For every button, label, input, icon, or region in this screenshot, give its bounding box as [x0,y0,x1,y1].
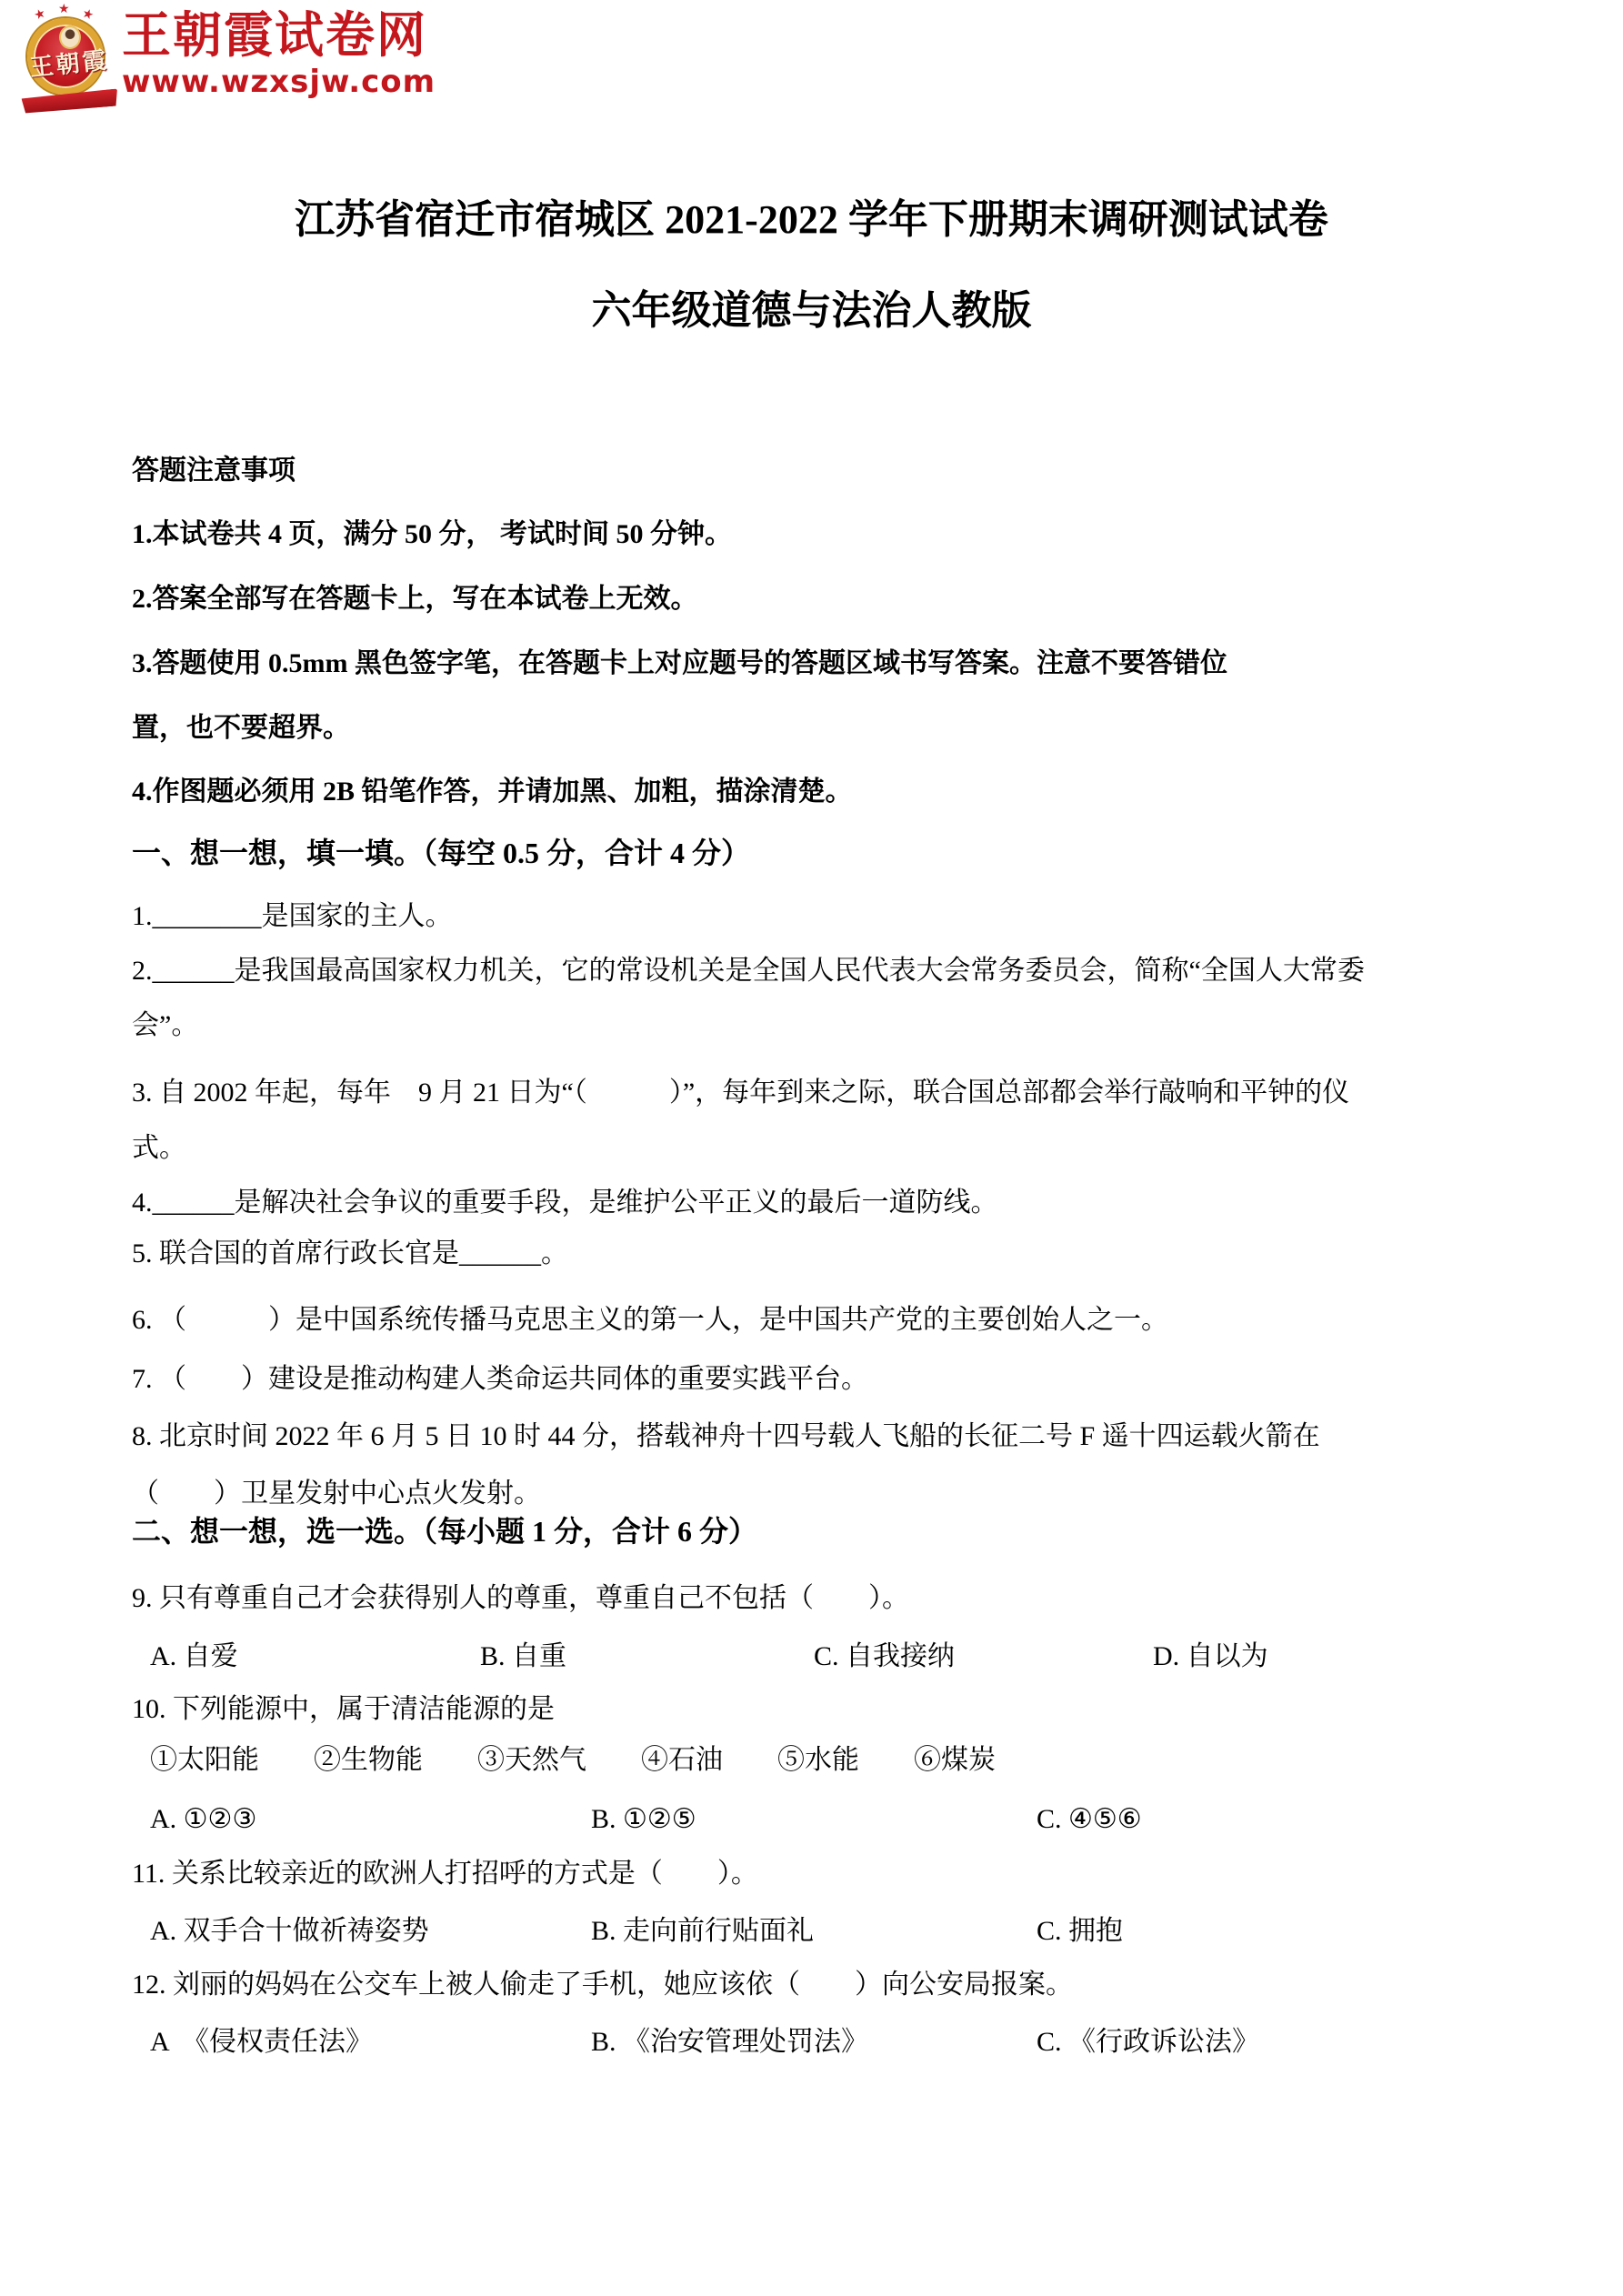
exam-paper-page: ★ ★ ★ 王朝霞 王朝霞试卷网 www.wzxsjw.com 江苏省宿迁市宿城… [0,0,1623,2296]
question-11-option-c: C. 拥抱 [1037,1911,1123,1951]
question-9: 9. 只有尊重自己才会获得别人的尊重，尊重自己不包括（ ）。 [132,1579,909,1619]
question-1: 1.________是国家的主人。 [132,897,453,937]
question-6: 6. （ ）是中国系统传播马克思主义的第一人，是中国共产党的主要创始人之一。 [132,1300,1168,1340]
question-8-line-2: （ ）卫星发射中心点火发射。 [132,1474,541,1514]
site-name: 王朝霞试卷网 [122,7,436,64]
exam-subtitle: 六年级道德与法治人教版 [0,287,1623,335]
question-11: 11. 关系比较亲近的欧洲人打招呼的方式是（ ）。 [132,1854,758,1894]
logo-text-block: 王朝霞试卷网 www.wzxsjw.com [122,7,436,100]
notice-item-4: 4.作图题必须用 2B 铅笔作答，并请加黑、加粗，描涂清楚。 [132,772,853,812]
question-11-option-b: B. 走向前行贴面礼 [591,1911,814,1951]
section-1-heading: 一、想一想，填一填。（每空 0.5 分，合计 4 分） [132,833,750,873]
badge-star-icon: ★ [58,4,70,16]
question-11-options: A. 双手合十做祈祷姿势 B. 走向前行贴面礼 C. 拥抱 [0,1911,1623,1951]
site-logo: ★ ★ ★ 王朝霞 王朝霞试卷网 www.wzxsjw.com [0,0,509,123]
question-12: 12. 刘丽的妈妈在公交车上被人偷走了手机，她应该依（ ）向公安局报案。 [132,1965,1073,2005]
notice-heading: 答题注意事项 [132,451,296,491]
question-10-option-a: A. ①②③ [150,1800,256,1840]
question-10-option-c: C. ④⑤⑥ [1037,1800,1142,1840]
badge-name-text: 王朝霞 [27,42,110,84]
question-12-options: A 《侵权责任法》 B. 《治安管理处罚法》 C. 《行政诉讼法》 [0,2022,1623,2062]
question-12-option-c: C. 《行政诉讼法》 [1037,2022,1259,2062]
question-8-line-1: 8. 北京时间 2022 年 6 月 5 日 10 时 44 分，搭载神舟十四号… [132,1417,1320,1457]
badge-star-icon: ★ [33,7,48,23]
notice-item-3-line-1: 3.答题使用 0.5mm 黑色签字笔，在答题卡上对应题号的答题区域书写答案。注意… [132,644,1227,684]
question-4: 4.______是解决社会争议的重要手段，是维护公平正义的最后一道防线。 [132,1183,998,1223]
question-2-line-1: 2.______是我国最高国家权力机关，它的常设机关是全国人民代表大会常务委员会… [132,951,1365,991]
section-2-heading: 二、想一想，选一选。（每小题 1 分，合计 6 分） [132,1511,757,1551]
question-2-line-2: 会”。 [132,1006,198,1046]
question-9-option-d: D. 自以为 [1153,1637,1268,1677]
site-url[interactable]: www.wzxsjw.com [122,64,436,100]
question-12-option-a: A 《侵权责任法》 [150,2022,373,2062]
question-9-options: A. 自爱 B. 自重 C. 自我接纳 D. 自以为 [0,1637,1623,1677]
question-10-items: ①太阳能 ②生物能 ③天然气 ④石油 ⑤水能 ⑥煤炭 [150,1740,996,1780]
question-9-option-b: B. 自重 [480,1637,566,1677]
question-10: 10. 下列能源中，属于清洁能源的是 [132,1689,555,1730]
notice-item-1: 1.本试卷共 4 页，满分 50 分， 考试时间 50 分钟。 [132,515,732,555]
question-10-options: A. ①②③ B. ①②⑤ C. ④⑤⑥ [0,1800,1623,1840]
question-9-option-c: C. 自我接纳 [814,1637,955,1677]
question-3-line-1: 3. 自 2002 年起，每年 9 月 21 日为“（ ）”，每年到来之际，联合… [132,1073,1349,1113]
question-5: 5. 联合国的首席行政长官是______。 [132,1234,568,1274]
question-7: 7. （ ）建设是推动构建人类命运共同体的重要实践平台。 [132,1359,868,1399]
notice-item-3-line-2: 置，也不要超界。 [132,708,350,748]
question-10-option-b: B. ①②⑤ [591,1800,696,1840]
question-3-line-2: 式。 [132,1128,186,1168]
medal-badge-icon: ★ ★ ★ 王朝霞 [22,4,116,115]
question-9-option-a: A. 自爱 [150,1637,238,1677]
question-12-option-b: B. 《治安管理处罚法》 [591,2022,868,2062]
badge-star-icon: ★ [80,7,95,23]
notice-item-2: 2.答案全部写在答题卡上，写在本试卷上无效。 [132,579,698,619]
question-11-option-a: A. 双手合十做祈祷姿势 [150,1911,429,1951]
exam-title: 江苏省宿迁市宿城区 2021-2022 学年下册期末调研测试试卷 [0,196,1623,244]
